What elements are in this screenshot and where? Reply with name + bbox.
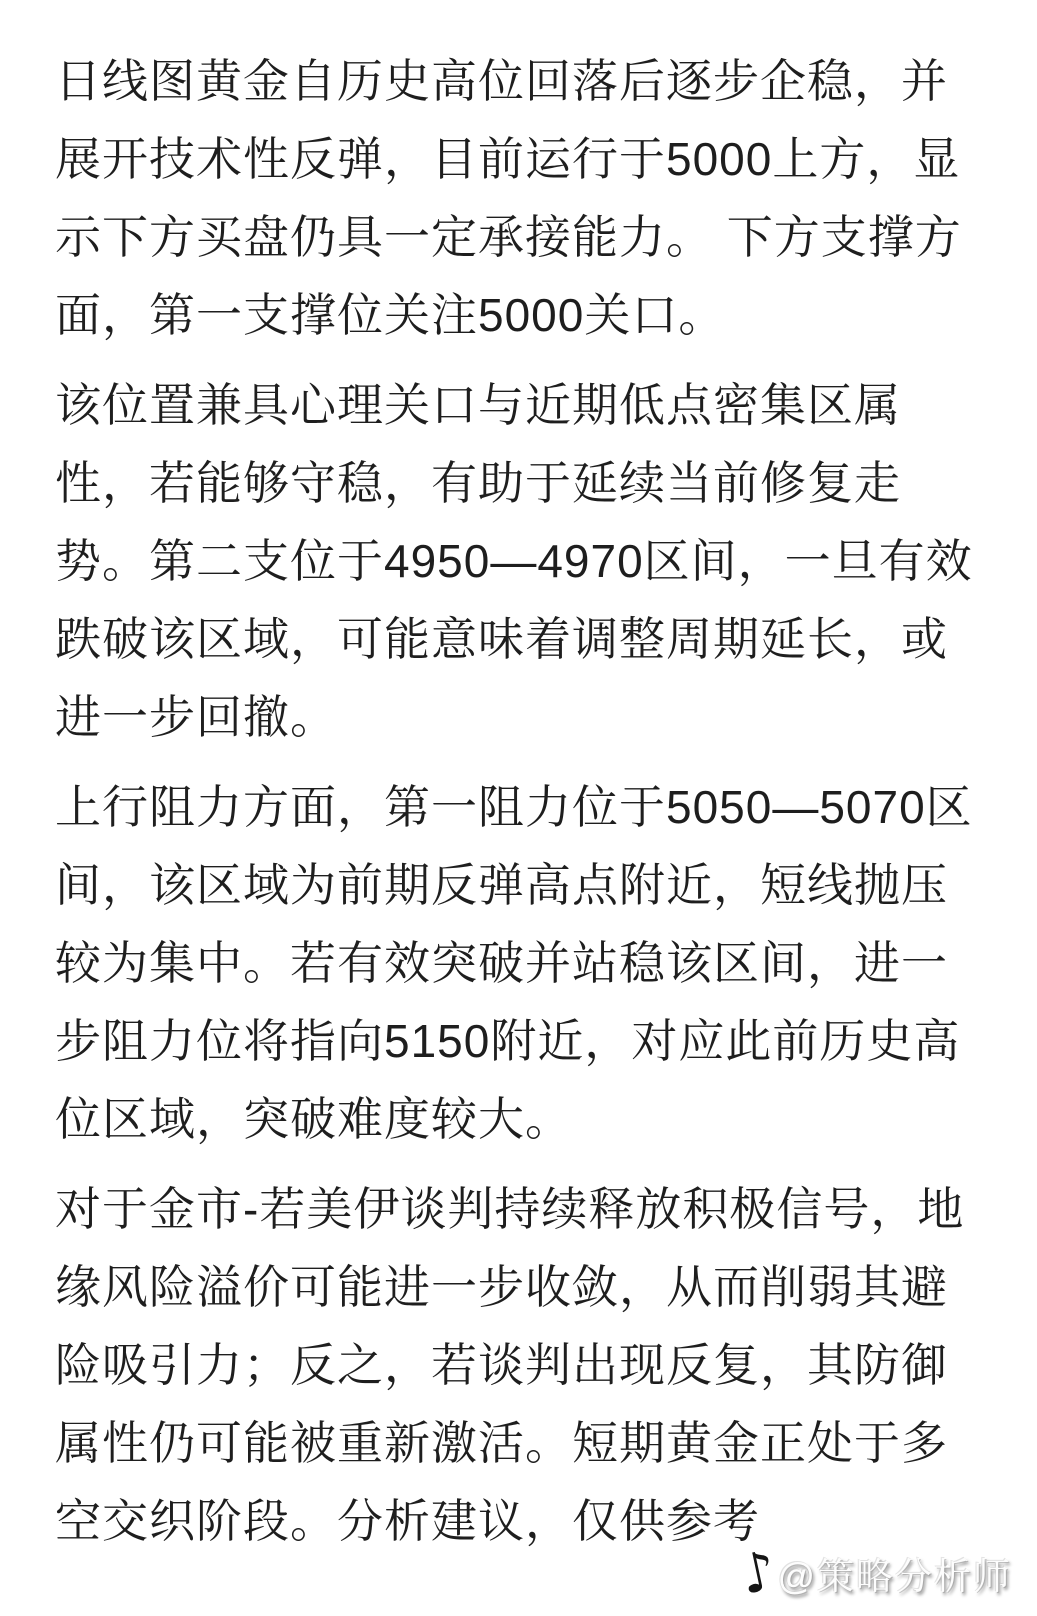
text-line: 进一步回撤。: [55, 678, 997, 756]
text-line: 日线图黄金自历史高位回落后逐步企稳，并: [55, 42, 997, 120]
text-line: 示下方买盘仍具一定承接能力。 下方支撑方: [55, 198, 997, 276]
text-line: 该位置兼具心理关口与近期低点密集区属: [55, 366, 997, 444]
text-line: 间，该区域为前期反弹高点附近，短线抛压: [55, 846, 997, 924]
music-note-icon: ♪: [736, 1543, 781, 1603]
text-line: 对于金市-若美伊谈判持续释放积极信号，地: [55, 1170, 997, 1248]
paragraph: 日线图黄金自历史高位回落后逐步企稳，并展开技术性反弹，目前运行于5000上方，显…: [55, 42, 997, 354]
watermark-handle: @策略分析师: [777, 1546, 1012, 1600]
paragraph: 对于金市-若美伊谈判持续释放积极信号，地缘风险溢价可能进一步收敛，从而削弱其避险…: [55, 1170, 997, 1560]
text-line: 步阻力位将指向5150附近，对应此前历史高: [55, 1002, 997, 1080]
text-line: 势。第二支位于4950—4970区间，一旦有效: [55, 522, 997, 600]
analysis-article: 日线图黄金自历史高位回落后逐步企稳，并展开技术性反弹，目前运行于5000上方，显…: [0, 0, 1037, 1560]
text-line: 较为集中。若有效突破并站稳该区间，进一: [55, 924, 997, 1002]
text-line: 缘风险溢价可能进一步收敛，从而削弱其避: [55, 1248, 997, 1326]
text-line: 属性仍可能被重新激活。短期黄金正处于多: [55, 1404, 997, 1482]
text-line: 险吸引力；反之，若谈判出现反复，其防御: [55, 1326, 997, 1404]
text-line: 性，若能够守稳，有助于延续当前修复走: [55, 444, 997, 522]
text-line: 跌破该区域，可能意味着调整周期延长，或: [55, 600, 997, 678]
text-line: 展开技术性反弹，目前运行于5000上方，显: [55, 120, 997, 198]
paragraph: 该位置兼具心理关口与近期低点密集区属性，若能够守稳，有助于延续当前修复走势。第二…: [55, 366, 997, 756]
paragraph: 上行阻力方面，第一阻力位于5050—5070区间，该区域为前期反弹高点附近，短线…: [55, 768, 997, 1158]
watermark: ♪ @策略分析师: [741, 1546, 1012, 1600]
text-line: 面，第一支撑位关注5000关口。: [55, 276, 997, 354]
text-line: 上行阻力方面，第一阻力位于5050—5070区: [55, 768, 997, 846]
article-paragraphs: 日线图黄金自历史高位回落后逐步企稳，并展开技术性反弹，目前运行于5000上方，显…: [55, 42, 997, 1560]
text-line: 位区域，突破难度较大。: [55, 1080, 997, 1158]
